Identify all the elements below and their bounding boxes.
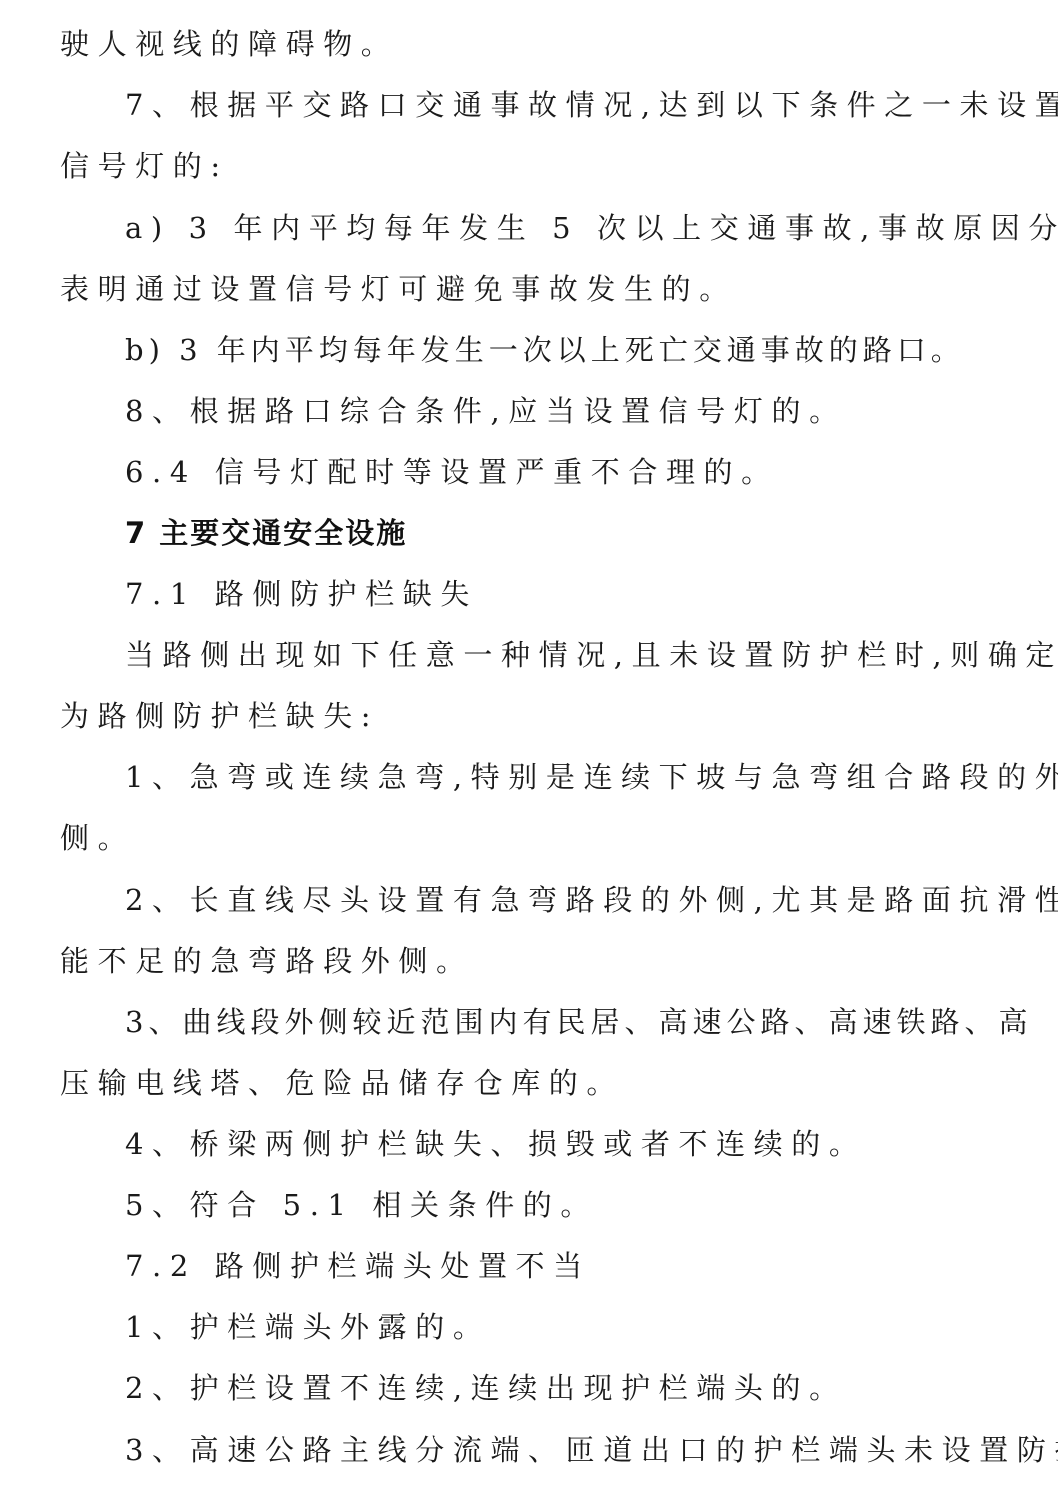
item-3-highway-diverge: 3、高速公路主线分流端、匝道出口的护栏端头未设置防撞 bbox=[125, 1430, 1058, 1470]
section-7-1-intro: 当路侧出现如下任意一种情况,且未设置防护栏时,则确定 bbox=[125, 635, 1058, 675]
text-line-continuation-obstacle: 驶人视线的障碍物。 bbox=[60, 24, 398, 64]
item-2-discontinuous: 2、护栏设置不连续,连续出现护栏端头的。 bbox=[125, 1368, 847, 1408]
item-1-sharp-curve: 1、急弯或连续急弯,特别是连续下坡与急弯组合路段的外 bbox=[125, 757, 1058, 797]
item-8-intersection-conditions: 8、根据路口综合条件,应当设置信号灯的。 bbox=[125, 391, 847, 431]
subitem-b: b) 3 年内平均每年发生一次以上死亡交通事故的路口。 bbox=[125, 330, 965, 370]
item-4-bridge-guardrail: 4、桥梁两侧护栏缺失、损毁或者不连续的。 bbox=[125, 1124, 866, 1164]
text-line-continuation: 能不足的急弯路段外侧。 bbox=[60, 941, 474, 981]
item-3-curve-outer-side: 3、曲线段外侧较近范围内有民居、高速公路、高速铁路、高 bbox=[125, 1002, 1032, 1042]
item-7-signal-accident-condition: 7、根据平交路口交通事故情况,达到以下条件之一未设置 bbox=[125, 85, 1058, 125]
text-line-continuation: 侧。 bbox=[60, 818, 135, 858]
item-1-exposed-end: 1、护栏端头外露的。 bbox=[125, 1307, 490, 1347]
subitem-a: a) 3 年内平均每年发生 5 次以上交通事故,事故原因分析 bbox=[125, 208, 1058, 248]
section-7-heading: 7 主要交通安全设施 bbox=[125, 513, 407, 553]
section-7-2-title: 7.2 路侧护栏端头处置不当 bbox=[125, 1246, 591, 1286]
section-6-4: 6.4 信号灯配时等设置严重不合理的。 bbox=[125, 452, 779, 492]
item-5-section-5-1: 5、符合 5.1 相关条件的。 bbox=[125, 1185, 598, 1225]
text-line-continuation: 信号灯的: bbox=[60, 146, 229, 186]
text-line-continuation: 表明通过设置信号灯可避免事故发生的。 bbox=[60, 269, 737, 309]
section-7-1-title: 7.1 路侧防护栏缺失 bbox=[125, 574, 478, 614]
document-page: 驶人视线的障碍物。 7、根据平交路口交通事故情况,达到以下条件之一未设置 信号灯… bbox=[0, 0, 1058, 1492]
item-2-long-straight: 2、长直线尽头设置有急弯路段的外侧,尤其是路面抗滑性 bbox=[125, 880, 1058, 920]
text-line-continuation: 为路侧防护栏缺失: bbox=[60, 696, 379, 736]
text-line-continuation: 压输电线塔、危险品储存仓库的。 bbox=[60, 1063, 624, 1103]
